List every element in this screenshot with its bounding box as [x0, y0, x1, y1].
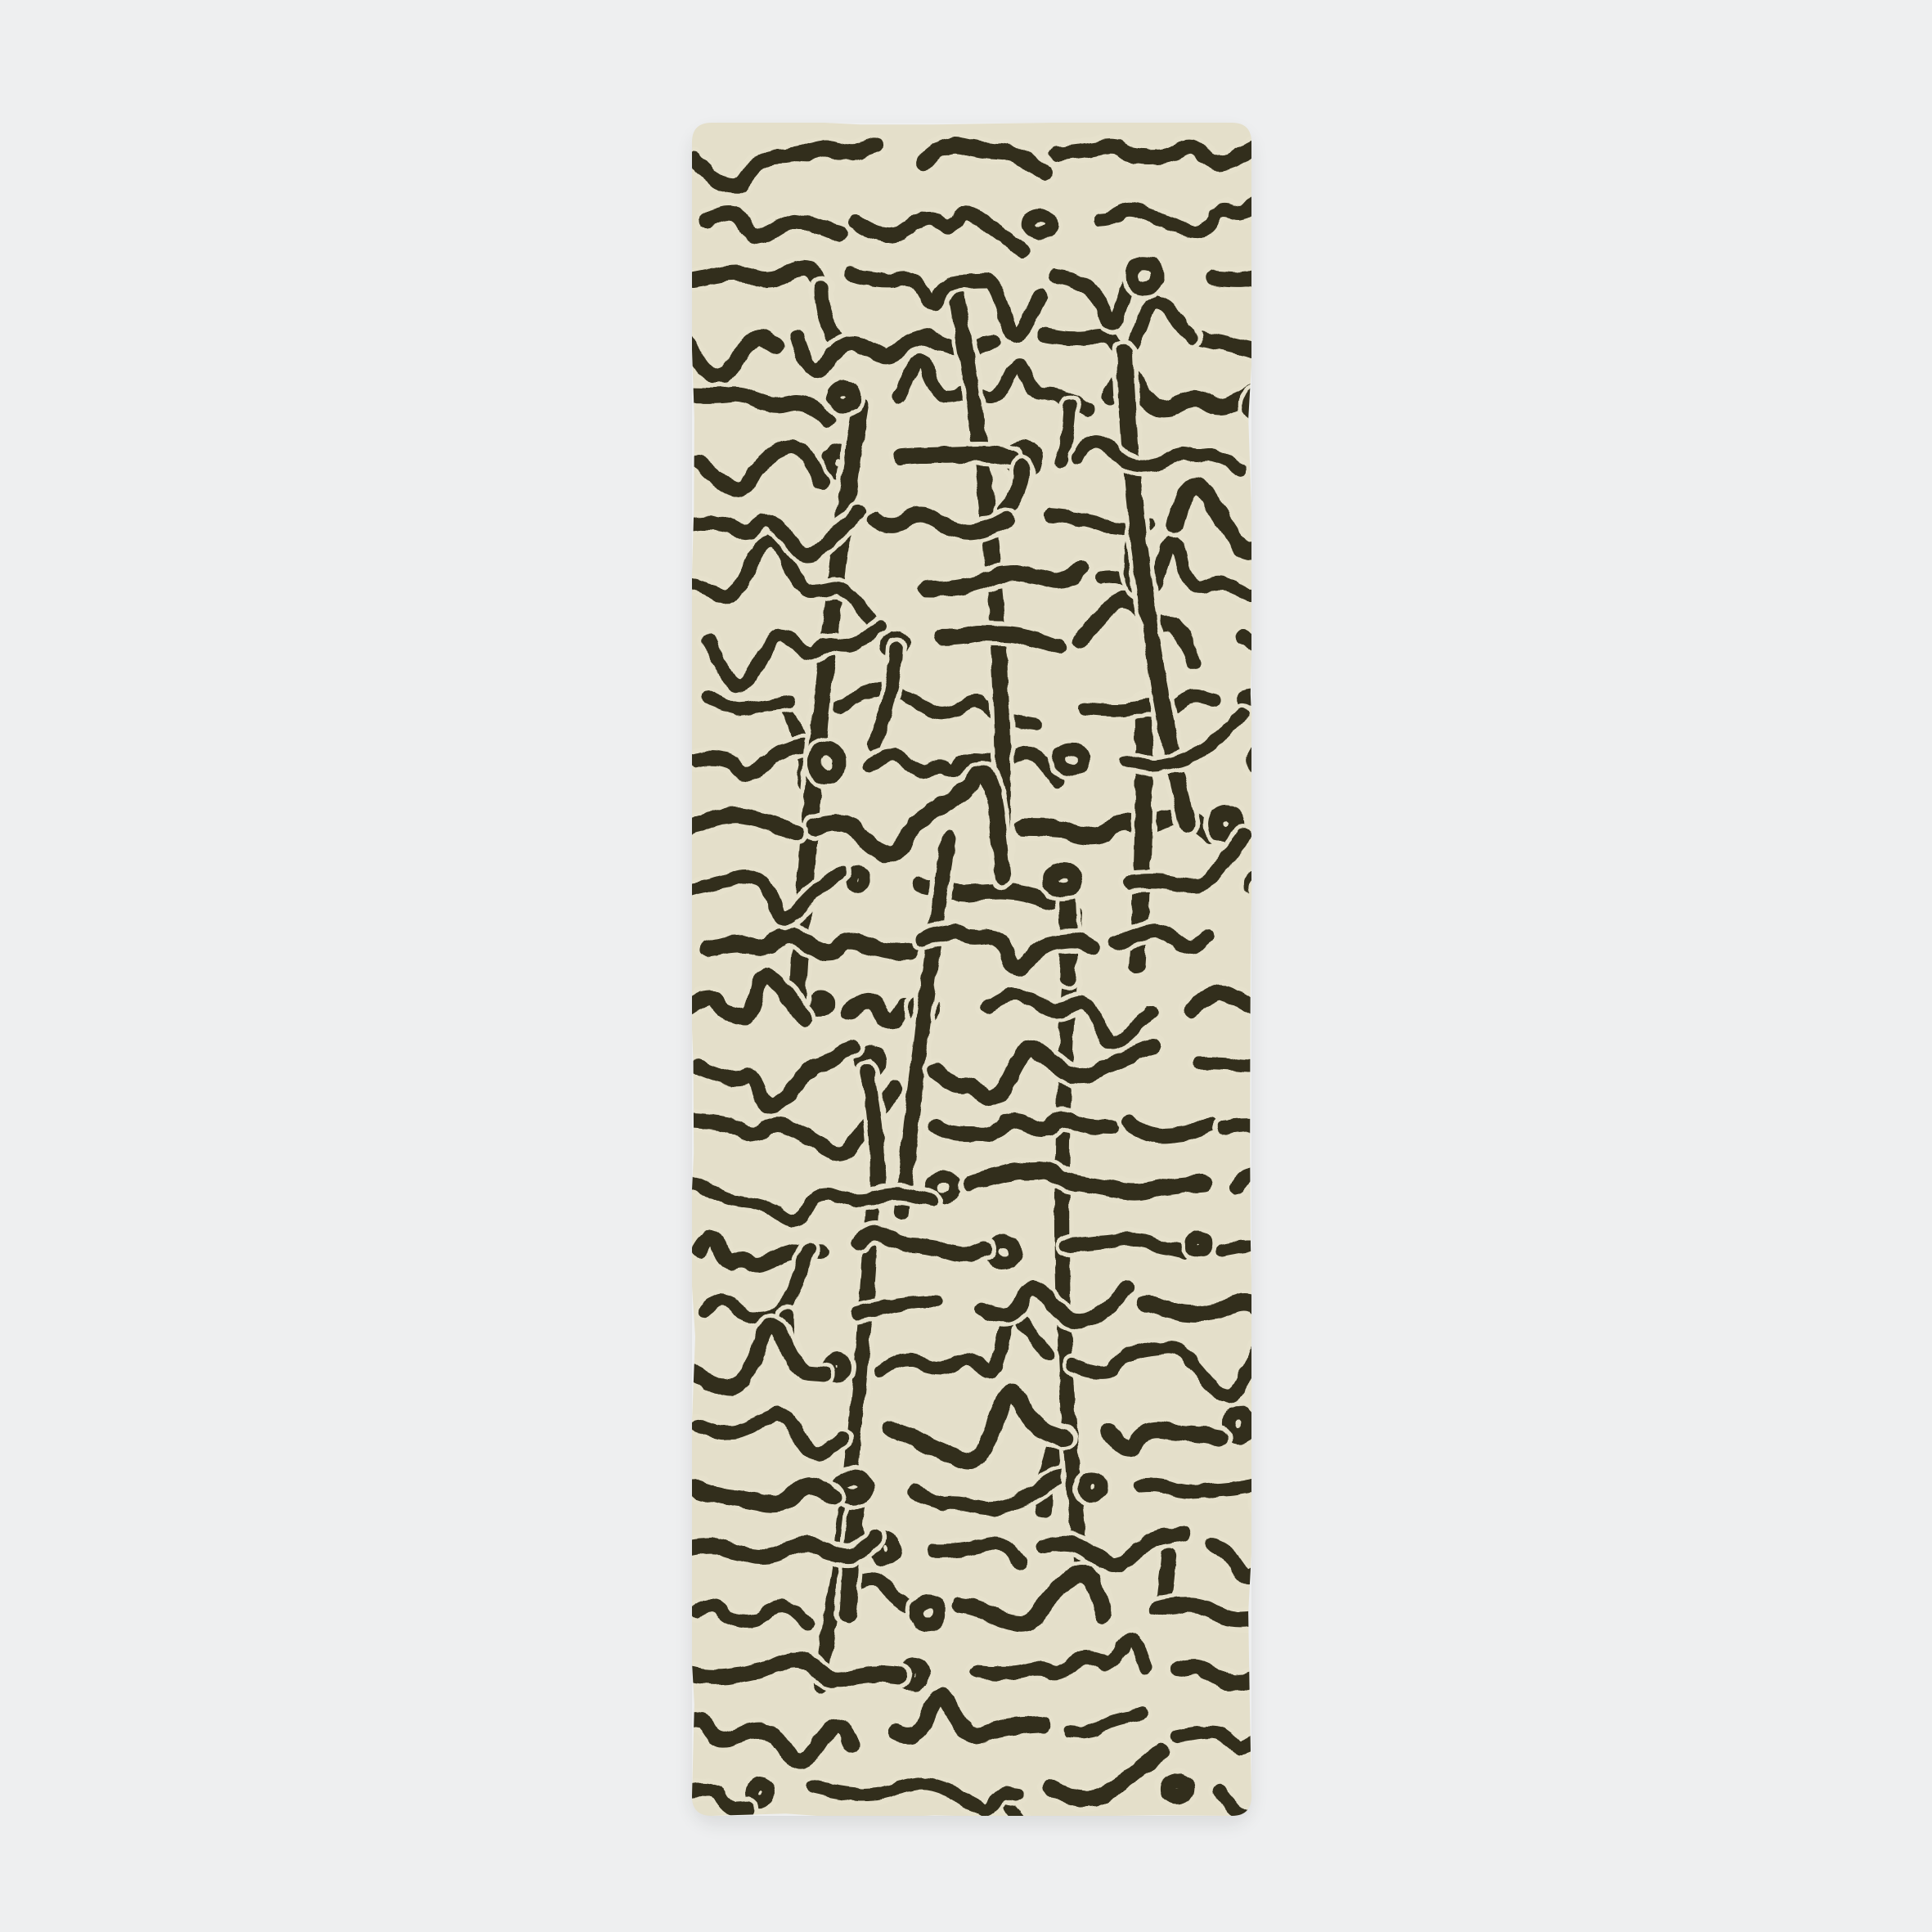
rug-pattern-svg: [692, 123, 1251, 1816]
product-photo-canvas: [0, 0, 1932, 1932]
rug: [692, 123, 1251, 1816]
